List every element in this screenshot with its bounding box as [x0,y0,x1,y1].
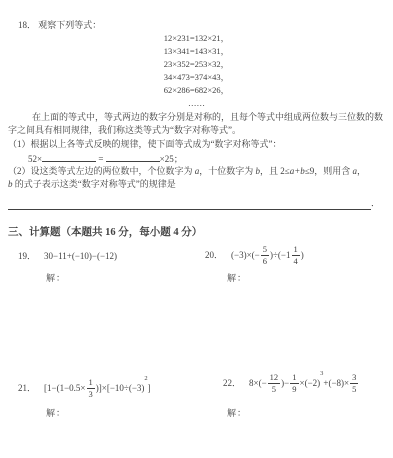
fraction-numerator: 1 [292,245,300,256]
question-1-text: （1）根据以上各等式反映的规律，使下面等式成为“数字对称等式”： [8,138,282,151]
fraction-denominator: 6 [263,256,267,266]
intro-line-2: 字之间具有相同规律，我们称这类等式为“数字对称等式”。 [8,124,241,137]
question-2-text: ≤9，则用含 [305,166,353,176]
problem-19-number: 19． [18,250,36,263]
fraction: 14 [292,245,300,265]
expr-text: [1−(1−0.5× [44,382,85,395]
fraction-numerator: 3 [350,373,358,384]
problem-21-answer-label: 解： [46,407,66,420]
equation-line: 34×473=374×43， [0,71,393,84]
fraction-denominator: 5 [352,384,356,394]
problem-20-number: 20． [205,249,223,262]
question-2-text: ，且 2≤ [260,166,290,176]
fraction: 35 [350,373,358,393]
expr-text: )÷(−1 [270,249,291,262]
equation-line: 62×286=682×26， [0,84,393,97]
rule-period: ． [371,197,380,210]
section-3-header: 三、计算题（本题共 16 分，每小题 4 分） [8,226,202,239]
worksheet-page: { "colors": { "text": "#414141", "page_b… [0,0,393,458]
question-2-line-1: （2）设这类等式左边的两位数中，个位数字为 a，十位数字为 b，且 2≤a+b≤… [8,165,366,178]
expr-text: 8×(− [249,377,267,390]
problem-19-expression: 30−11+(−10)−(−12) [44,250,117,263]
expr-text: (−3)×(− [231,249,260,262]
fraction-denominator: 5 [272,384,276,394]
fraction: 56 [261,245,269,265]
equation-line: 13×341=143×31， [0,45,393,58]
expr-text: )]×[−10÷(−3) [96,382,145,395]
fraction-denominator: 4 [294,256,298,266]
fraction-denominator: 3 [89,389,93,399]
blank-eq-prefix: 52× [28,154,42,164]
fraction-denominator: 9 [292,384,296,394]
answer-rule-line: ． [8,197,380,210]
problem-22-answer-label: 解： [227,407,247,420]
problem-18-prompt: 观察下列等式： [38,20,101,30]
problem-19: 19． 30−11+(−10)−(−12) [18,250,117,263]
question-2-text: ，十位数字为 [199,166,255,176]
expr-text: ×(−2) [300,377,321,390]
problem-21-expression: [1−(1−0.5×13)]×[−10÷(−3)2] [44,378,151,398]
fraction: 19 [290,373,298,393]
problem-22-number: 22． [223,377,241,390]
fraction: 125 [268,373,281,393]
intro-line-1: 在上面的等式中，等式两边的数字分别是对称的，且每个等式中组成两位数与三位数的数 [32,111,383,124]
problem-21: 21． [1−(1−0.5×13)]×[−10÷(−3)2] [18,378,151,398]
fill-blank-right [106,151,160,162]
problem-21-number: 21． [18,382,36,395]
question-2-line-2: b 的式子表示这类“数字对称等式”的规律是 [8,178,176,191]
problem-18-heading: 18． 观察下列等式： [18,19,101,32]
problem-22-expression: 8×(−125)−19×(−2)3+(−8)×35 [249,373,359,393]
expr-text: ) [301,249,304,262]
question-2-text: （2）设这类等式左边的两位数中，个位数字为 [8,166,195,176]
fraction-numerator: 1 [290,373,298,384]
fill-blank-left [42,151,96,162]
blank-eq-suffix: ×25； [160,154,183,164]
equation-list: 12×231=132×21， 13×341=143×31， 23×352=253… [0,32,393,110]
answer-underline [8,199,371,210]
problem-22: 22． 8×(−125)−19×(−2)3+(−8)×35 [223,373,359,393]
fraction-numerator: 5 [261,245,269,256]
fraction-numerator: 1 [87,378,95,389]
equation-line: 12×231=132×21， [0,32,393,45]
expr-text: ] [148,382,151,395]
equation-line: 23×352=253×32， [0,58,393,71]
problem-20-answer-label: 解： [227,272,247,285]
expr-text: )− [281,377,289,390]
problem-20-expression: (−3)×(−56)÷(−114) [231,245,304,265]
question-2-text: 的式子表示这类“数字对称等式”的规律是 [13,179,176,189]
question-2-text: ， [357,166,366,176]
equation-ellipsis: …… [0,97,393,110]
expr-text: +(−8)× [323,377,349,390]
blank-eq-equals: = [98,154,103,164]
fraction-numerator: 12 [268,373,281,384]
problem-20: 20． (−3)×(−56)÷(−114) [205,245,304,265]
fraction: 13 [87,378,95,398]
question-1-blank-equation: 52× = ×25； [28,151,183,166]
problem-18-number: 18． [18,20,36,30]
problem-19-answer-label: 解： [46,272,66,285]
var-a-plus-b: a+b [290,166,305,176]
